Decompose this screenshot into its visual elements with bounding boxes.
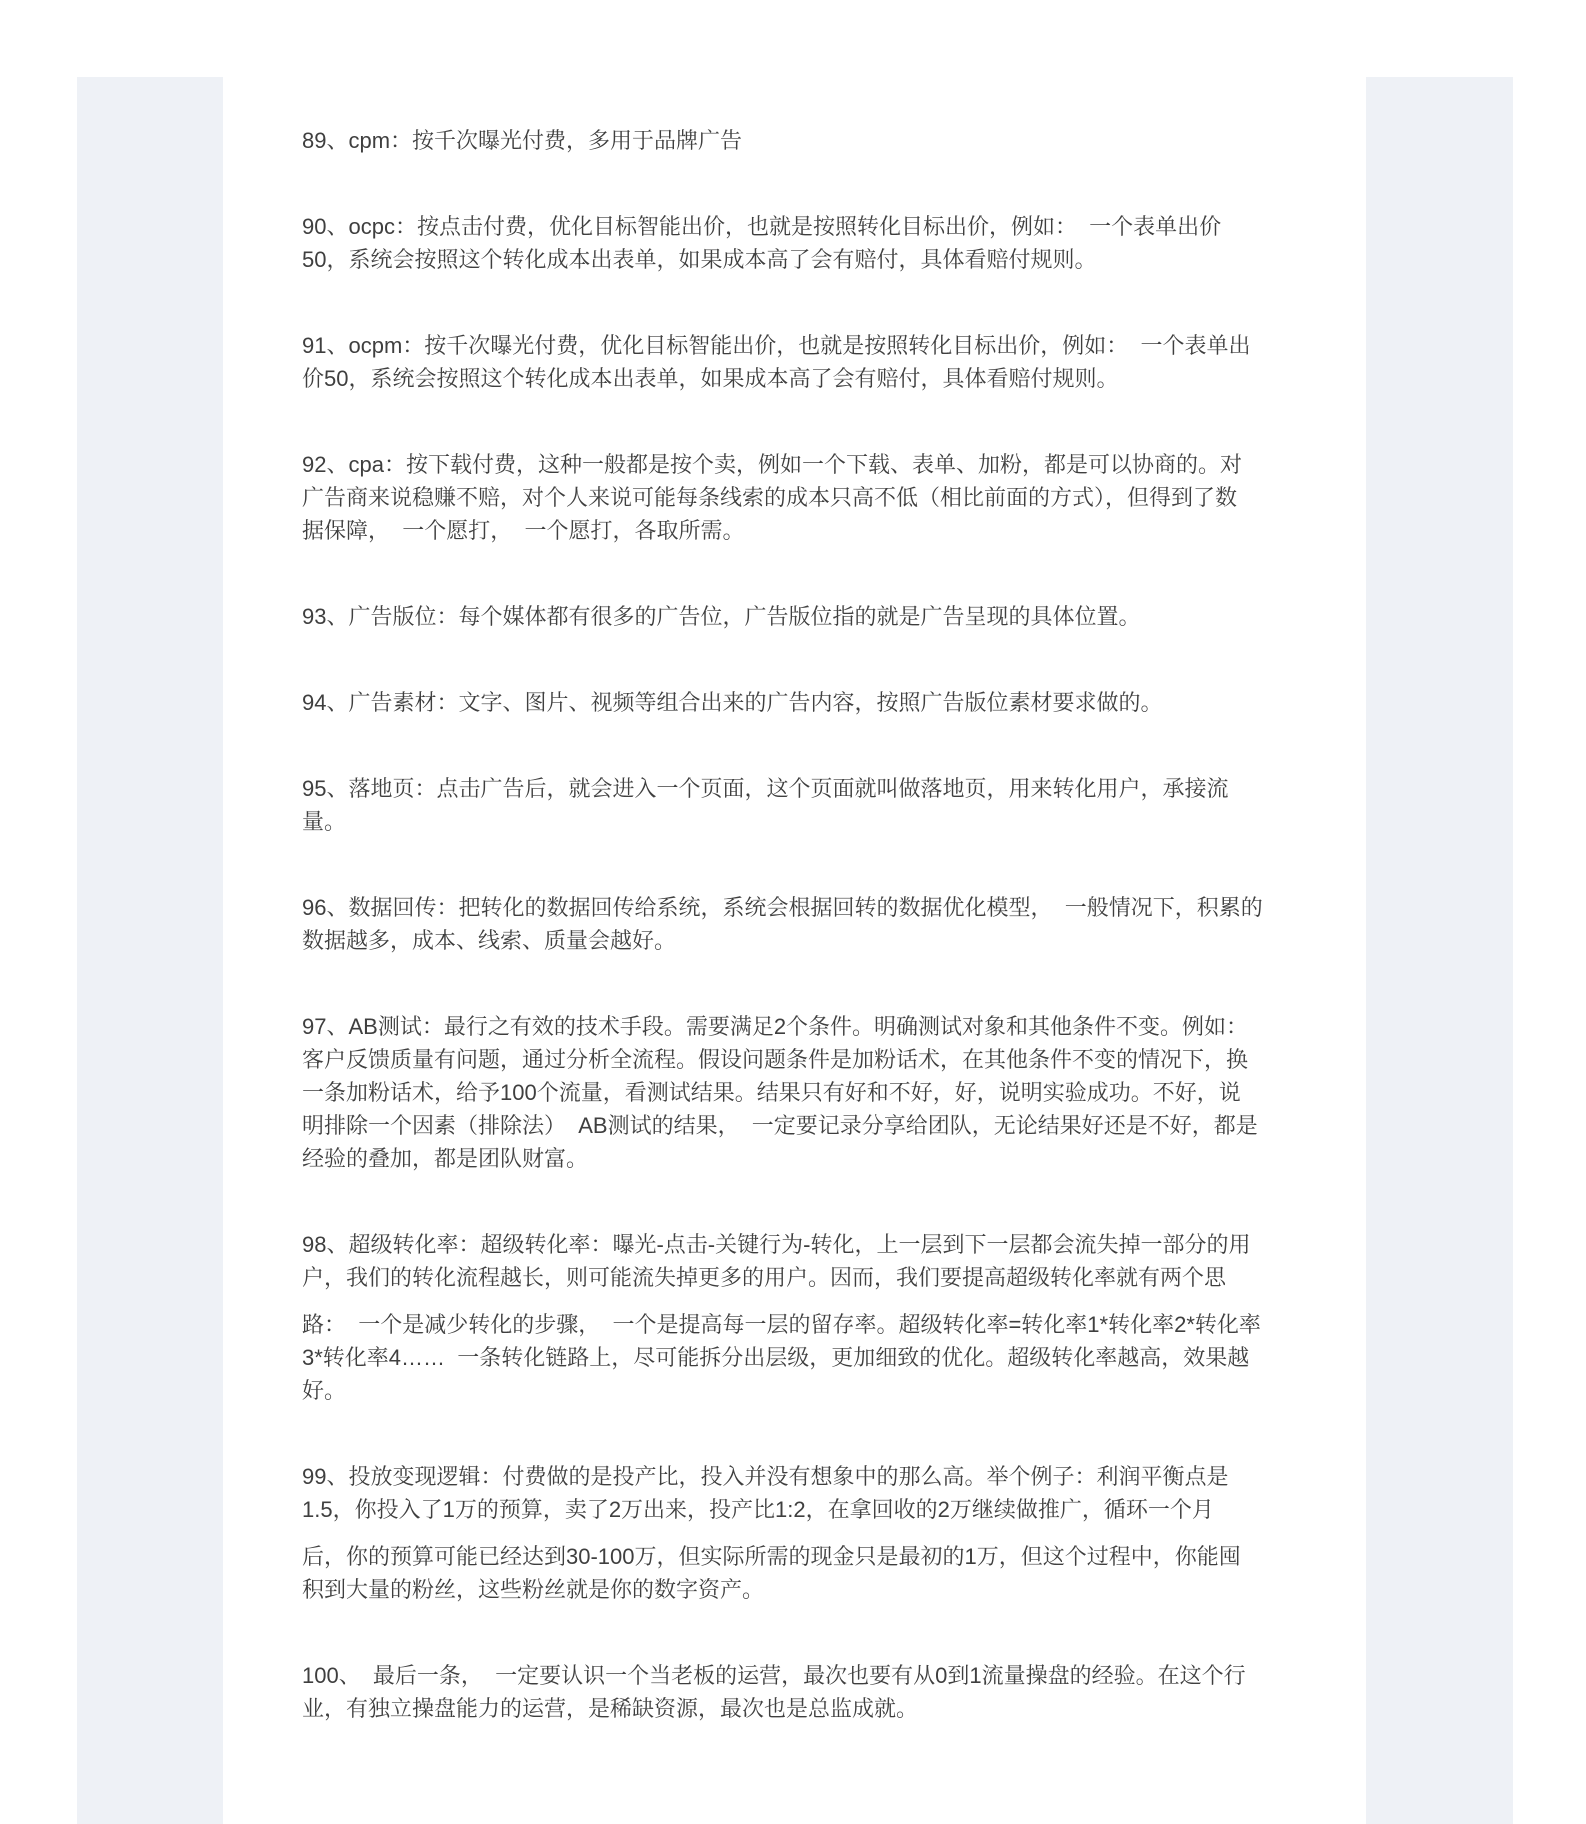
text-line: 89、cpm：按千次曝光付费，多用于品牌广告 [302, 124, 1312, 157]
text-line: 100、 最后一条， 一定要认识一个当老板的运营，最次也要有从0到1流量操盘的经… [302, 1659, 1312, 1692]
text-line: 92、cpa：按下载付费，这种一般都是按个卖，例如一个下载、表单、加粉，都是可以… [302, 448, 1312, 481]
text-line: 经验的叠加，都是团队财富。 [302, 1142, 1312, 1175]
text-line: 93、广告版位：每个媒体都有很多的广告位，广告版位指的就是广告呈现的具体位置。 [302, 600, 1312, 633]
text-line: 99、投放变现逻辑：付费做的是投产比，投入并没有想象中的那么高。举个例子：利润平… [302, 1460, 1312, 1493]
glossary-item-100: 100、 最后一条， 一定要认识一个当老板的运营，最次也要有从0到1流量操盘的经… [302, 1659, 1312, 1725]
text-line: 业，有独立操盘能力的运营，是稀缺资源，最次也是总监成就。 [302, 1692, 1312, 1725]
right-margin-panel [1366, 77, 1513, 1824]
glossary-text-content: 89、cpm：按千次曝光付费，多用于品牌广告90、ocpc：按点击付费，优化目标… [302, 124, 1312, 1778]
glossary-item-99: 99、投放变现逻辑：付费做的是投产比，投入并没有想象中的那么高。举个例子：利润平… [302, 1460, 1312, 1606]
text-line: 91、ocpm：按千次曝光付费，优化目标智能出价，也就是按照转化目标出价，例如：… [302, 329, 1312, 362]
text-line: 97、AB测试：最行之有效的技术手段。需要满足2个条件。明确测试对象和其他条件不… [302, 1010, 1312, 1043]
glossary-item-90: 90、ocpc：按点击付费，优化目标智能出价，也就是按照转化目标出价，例如： 一… [302, 210, 1312, 276]
text-line: 广告商来说稳赚不赔，对个人来说可能每条线索的成本只高不低（相比前面的方式），但得… [302, 481, 1312, 514]
glossary-item-93: 93、广告版位：每个媒体都有很多的广告位，广告版位指的就是广告呈现的具体位置。 [302, 600, 1312, 633]
text-line: 好。 [302, 1374, 1312, 1407]
text-line: 一条加粉话术，给予100个流量，看测试结果。结果只有好和不好，好，说明实验成功。… [302, 1076, 1312, 1109]
text-line: 量。 [302, 805, 1312, 838]
glossary-item-97: 97、AB测试：最行之有效的技术手段。需要满足2个条件。明确测试对象和其他条件不… [302, 1010, 1312, 1175]
text-line: 据保障， 一个愿打， 一个愿打，各取所需。 [302, 514, 1312, 547]
glossary-item-89: 89、cpm：按千次曝光付费，多用于品牌广告 [302, 124, 1312, 157]
glossary-item-94: 94、广告素材：文字、图片、视频等组合出来的广告内容，按照广告版位素材要求做的。 [302, 686, 1312, 719]
glossary-item-92: 92、cpa：按下载付费，这种一般都是按个卖，例如一个下载、表单、加粉，都是可以… [302, 448, 1312, 547]
text-line: 后，你的预算可能已经达到30-100万，但实际所需的现金只是最初的1万，但这个过… [302, 1540, 1312, 1573]
text-line: 95、落地页：点击广告后，就会进入一个页面，这个页面就叫做落地页，用来转化用户，… [302, 772, 1312, 805]
text-line: 94、广告素材：文字、图片、视频等组合出来的广告内容，按照广告版位素材要求做的。 [302, 686, 1312, 719]
text-line: 路： 一个是减少转化的步骤， 一个是提高每一层的留存率。超级转化率=转化率1*转… [302, 1308, 1312, 1341]
text-line: 数据越多，成本、线索、质量会越好。 [302, 924, 1312, 957]
text-line: 96、数据回传：把转化的数据回传给系统，系统会根据回转的数据优化模型， 一般情况… [302, 891, 1312, 924]
document-page: { "page": { "background_color": "#ffffff… [0, 0, 1586, 1824]
text-line: 明排除一个因素（排除法） AB测试的结果， 一定要记录分享给团队，无论结果好还是… [302, 1109, 1312, 1142]
text-line: 90、ocpc：按点击付费，优化目标智能出价，也就是按照转化目标出价，例如： 一… [302, 210, 1312, 243]
left-margin-panel [77, 77, 223, 1824]
text-line: 积到大量的粉丝，这些粉丝就是你的数字资产。 [302, 1573, 1312, 1606]
text-line: 3*转化率4…… 一条转化链路上，尽可能拆分出层级，更加细致的优化。超级转化率越… [302, 1341, 1312, 1374]
text-line: 1.5，你投入了1万的预算，卖了2万出来，投产比1:2，在拿回收的2万继续做推广… [302, 1493, 1312, 1526]
glossary-item-98: 98、超级转化率：超级转化率：曝光-点击-关键行为-转化，上一层到下一层都会流失… [302, 1228, 1312, 1407]
glossary-item-91: 91、ocpm：按千次曝光付费，优化目标智能出价，也就是按照转化目标出价，例如：… [302, 329, 1312, 395]
text-line: 98、超级转化率：超级转化率：曝光-点击-关键行为-转化，上一层到下一层都会流失… [302, 1228, 1312, 1261]
text-line: 价50，系统会按照这个转化成本出表单，如果成本高了会有赔付，具体看赔付规则。 [302, 362, 1312, 395]
text-line: 客户反馈质量有问题，通过分析全流程。假设问题条件是加粉话术，在其他条件不变的情况… [302, 1043, 1312, 1076]
glossary-item-96: 96、数据回传：把转化的数据回传给系统，系统会根据回转的数据优化模型， 一般情况… [302, 891, 1312, 957]
text-line: 50，系统会按照这个转化成本出表单，如果成本高了会有赔付，具体看赔付规则。 [302, 243, 1312, 276]
text-line: 户，我们的转化流程越长，则可能流失掉更多的用户。因而，我们要提高超级转化率就有两… [302, 1261, 1312, 1294]
glossary-item-95: 95、落地页：点击广告后，就会进入一个页面，这个页面就叫做落地页，用来转化用户，… [302, 772, 1312, 838]
